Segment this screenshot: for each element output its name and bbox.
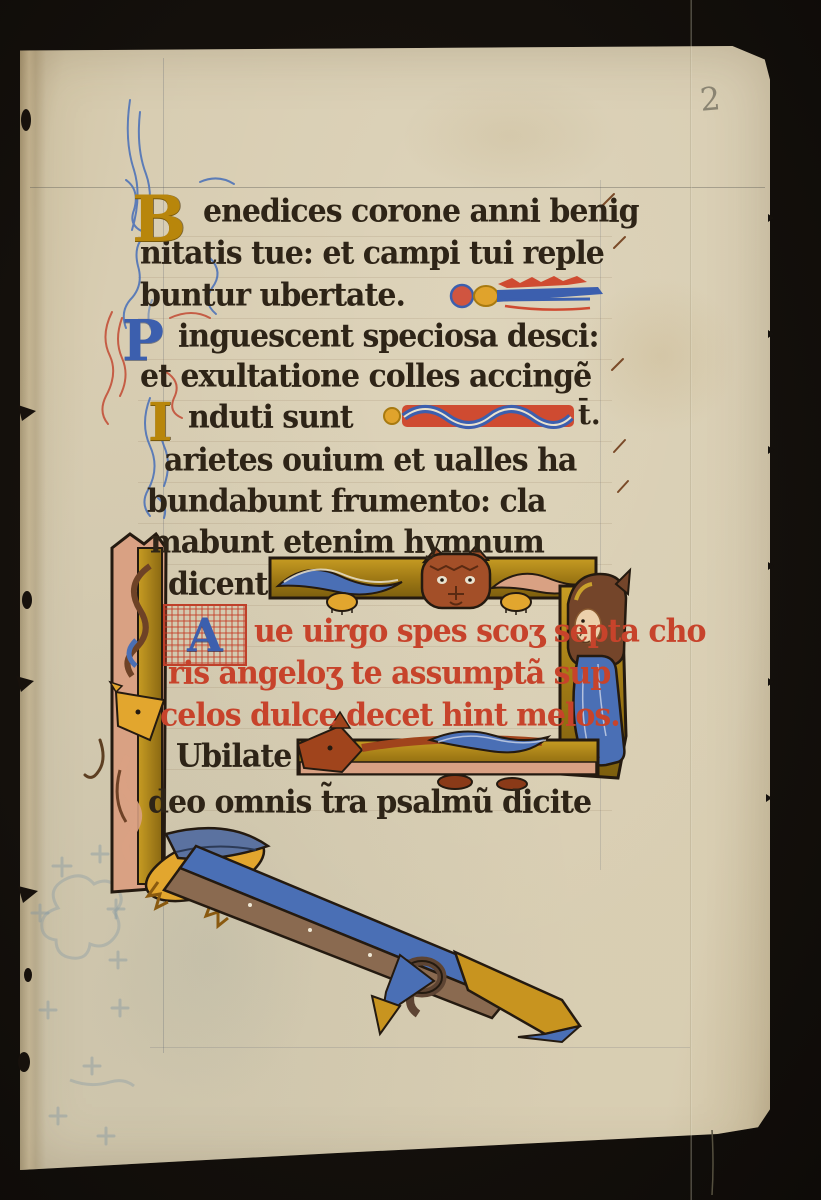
sewing-holes — [16, 109, 38, 1072]
frame-left-bar — [110, 534, 166, 892]
text-line-3: buntur ubertate. — [140, 276, 405, 316]
illumination-layer — [0, 0, 821, 1200]
text-line-13-rubric: celos dulce decet hint melos. — [160, 696, 620, 736]
illuminated-initial-A: A — [187, 608, 223, 662]
text-line-6: nduti sunt — [188, 398, 353, 438]
photo-backdrop: enedices corone anni benig nitatis tue: … — [0, 0, 821, 1200]
illuminated-initial-P: P — [122, 308, 164, 374]
wave-scroll-line-filler — [384, 405, 574, 427]
pen-mark-j — [85, 740, 103, 777]
illuminated-initial-I: I — [148, 392, 172, 453]
illuminated-initial-B: B — [132, 182, 186, 257]
offset-ghost-lion — [42, 876, 134, 1086]
text-line-15: deo omnis t̃ra psalmũ dicite — [148, 783, 591, 823]
dragon-tail — [164, 846, 580, 1042]
text-line-14: Ubilate — [176, 737, 291, 777]
text-line-11-rubric: ue uirgo spes scoʒ septa cho — [254, 612, 706, 652]
text-line-2: nitatis tue: et campi tui reple — [140, 234, 604, 274]
text-line-7: arietes ouium et ualles ha — [164, 441, 576, 481]
line-end-strokes — [602, 194, 628, 492]
text-line-6-suffix: t̄. — [578, 398, 601, 431]
loose-fiber — [712, 1130, 713, 1195]
illuminated-initial-A-panel: A — [163, 604, 247, 666]
text-line-9: mabunt etenim hymnum — [150, 523, 544, 563]
comet-dart-line-filler — [451, 276, 603, 310]
page-edge-notches — [766, 214, 774, 802]
text-line-1: enedices corone anni benig — [203, 192, 639, 232]
text-line-4: inguescent speciosa desci: — [178, 317, 599, 357]
text-line-8: bundabunt frumento: cla — [147, 482, 546, 522]
text-line-10: dicent — [168, 565, 267, 605]
folio-number: 2 — [698, 79, 722, 119]
text-line-5: et exultatione colles accingẽ — [140, 357, 591, 397]
